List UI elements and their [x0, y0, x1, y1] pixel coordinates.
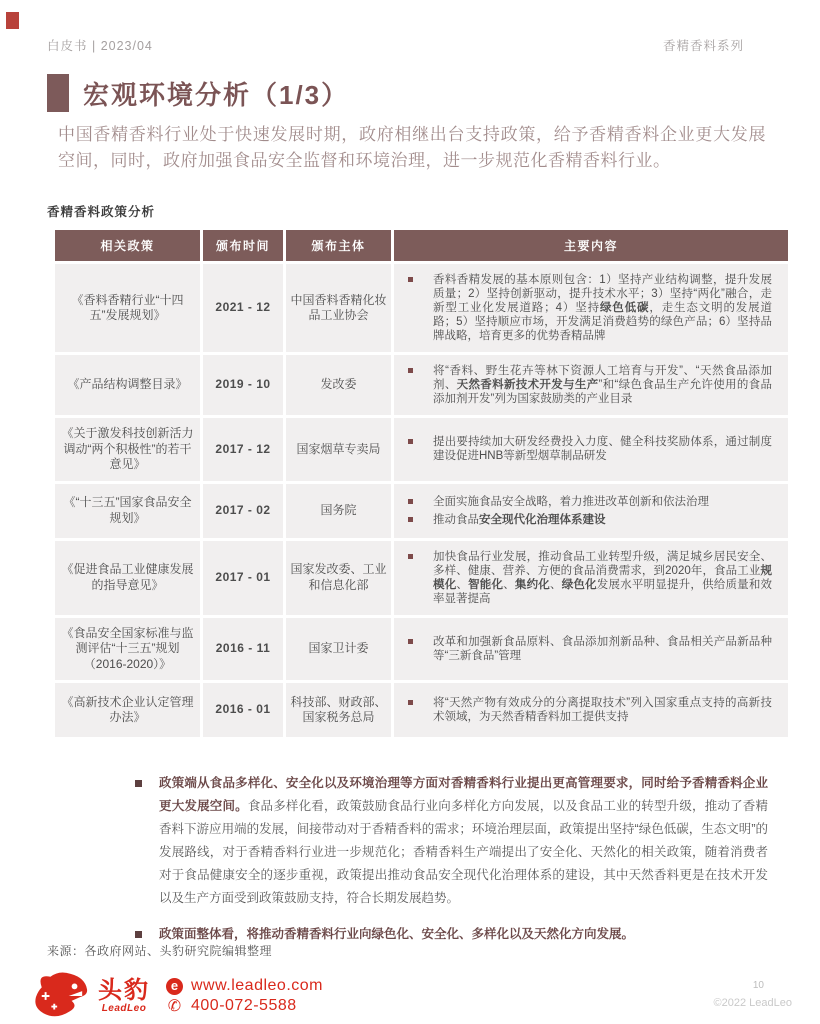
website-row: e www.leadleo.com	[166, 977, 323, 995]
brand-name-en: LeadLeo	[98, 1003, 150, 1014]
page-number: 10	[753, 980, 764, 991]
page-header: 白皮书 | 2023/04 香精香料系列	[47, 36, 744, 54]
table-row: 《“十三五”国家食品安全规划》2017 - 02国务院全面实施食品安全战略，着力…	[55, 484, 788, 538]
bullet-square-icon	[408, 517, 413, 522]
policy-table-header: 相关政策 颁布时间 颁布主体 主要内容	[55, 230, 788, 261]
issuer-cell: 国家烟草专卖局	[286, 418, 391, 481]
page-title: 宏观环境分析（1/3）	[83, 75, 349, 112]
bullet-square-icon	[408, 639, 413, 644]
time-cell: 2017 - 01	[203, 541, 283, 615]
table-row: 《促进食品工业健康发展的指导意见》2017 - 01国家发改委、工业和信息化部加…	[55, 541, 788, 615]
bullet-text: 全面实施食品安全战略，着力推进改革创新和依法治理	[433, 495, 709, 509]
content-bullet: 改革和加强新食品原料、食品添加剂新品种、食品相关产品新品种等“三新食品”管理	[406, 635, 772, 663]
time-cell: 2016 - 01	[203, 683, 283, 737]
summary-bullets: 政策端从食品多样化、安全化以及环境治理等方面对香精香料行业提出更高管理要求，同时…	[135, 772, 768, 959]
emphasis-text: 集约化	[515, 579, 550, 591]
body-text: 、	[456, 579, 468, 591]
content-bullet: 提出要持续加大研发经费投入力度、健全科技奖励体系，通过制度建设促进HNB等新型烟…	[406, 435, 772, 463]
issuer-cell: 中国香料香精化妆品工业协会	[286, 264, 391, 352]
policy-cell: 《“十三五”国家食品安全规划》	[55, 484, 200, 538]
table-row: 《产品结构调整目录》2019 - 10发改委将“香料、野生花卉等林下资源人工培育…	[55, 355, 788, 415]
emphasis-text: 绿色化	[562, 579, 597, 591]
policy-cell: 《高新技术企业认定管理办法》	[55, 683, 200, 737]
policy-cell: 《促进食品工业健康发展的指导意见》	[55, 541, 200, 615]
table-row: 《食品安全国家标准与监测评估“十三五”规划（2016-2020）》2016 - …	[55, 618, 788, 681]
emphasis-text: 政策面整体看，将推动香精香料行业向绿色化、安全化、多样化以及天然化方向发展。	[159, 927, 634, 941]
content-bullet: 将“香料、野生花卉等林下资源人工培育与开发”、“天然食品添加剂、天然香料新技术开…	[406, 364, 772, 406]
header-cell-policy: 相关政策	[55, 230, 200, 261]
body-text: 改革和加强新食品原料、食品添加剂新品种、食品相关产品新品种等“三新食品”管理	[433, 636, 772, 662]
summary-bullet: 政策端从食品多样化、安全化以及环境治理等方面对香精香料行业提出更高管理要求，同时…	[135, 772, 768, 910]
content-bullet: 香料香精发展的基本原则包含：1）坚持产业结构调整，提升发展质量；2）坚持创新驱动…	[406, 273, 772, 343]
bullet-text: 将“天然产物有效成分的分离提取技术”列入国家重点支持的高新技术领域，为天然香精香…	[433, 696, 772, 724]
policy-cell: 《产品结构调整目录》	[55, 355, 200, 415]
brand-name-cn: 头豹	[98, 979, 150, 1003]
leadleo-leopard-logo-icon	[32, 970, 90, 1022]
bullet-square-icon	[408, 700, 413, 705]
issuer-cell: 科技部、财政部、国家税务总局	[286, 683, 391, 737]
phone-number: 400-072-5588	[191, 997, 297, 1015]
policy-cell: 《关于激发科技创新活力调动“两个积极性”的若干意见》	[55, 418, 200, 481]
phone-icon: ✆	[166, 998, 183, 1015]
bullet-text: 加快食品行业发展，推动食品工业转型升级，满足城乡居民安全、多样、健康、营养、方便…	[433, 550, 772, 606]
body-text: 食品多样化看，政策鼓励食品行业向多样化方向发展，以及食品工业的转型升级，推动了香…	[159, 799, 768, 905]
header-right-label: 香精香料系列	[663, 36, 744, 54]
emphasis-text: 绿色低碳	[600, 302, 649, 314]
website-link[interactable]: www.leadleo.com	[191, 977, 323, 995]
bullet-text: 将“香料、野生花卉等林下资源人工培育与开发”、“天然食品添加剂、天然香料新技术开…	[433, 364, 772, 406]
body-text: 、	[550, 579, 562, 591]
table-row: 《高新技术企业认定管理办法》2016 - 01科技部、财政部、国家税务总局将“天…	[55, 683, 788, 737]
e-globe-icon: e	[166, 978, 183, 995]
issuer-cell: 发改委	[286, 355, 391, 415]
table-section-label: 香精香料政策分析	[47, 202, 155, 220]
content-cell: 全面实施食品安全战略，着力推进改革创新和依法治理推动食品安全现代化治理体系建设	[394, 484, 788, 538]
body-text: 加快食品行业发展，推动食品工业转型升级，满足城乡居民安全、多样、健康、营养、方便…	[433, 551, 772, 577]
issuer-cell: 国家发改委、工业和信息化部	[286, 541, 391, 615]
intro-paragraph: 中国香精香料行业处于快速发展时期，政府相继出台支持政策，给予香精香料企业更大发展…	[58, 122, 766, 174]
issuer-cell: 国务院	[286, 484, 391, 538]
bullet-text: 提出要持续加大研发经费投入力度、健全科技奖励体系，通过制度建设促进HNB等新型烟…	[433, 435, 772, 463]
time-cell: 2017 - 12	[203, 418, 283, 481]
content-cell: 将“香料、野生花卉等林下资源人工培育与开发”、“天然食品添加剂、天然香料新技术开…	[394, 355, 788, 415]
brand-text: 头豹 LeadLeo	[98, 979, 150, 1014]
bullet-square-icon	[135, 931, 142, 938]
bullet-square-icon	[408, 499, 413, 504]
content-cell: 加快食品行业发展，推动食品工业转型升级，满足城乡居民安全、多样、健康、营养、方便…	[394, 541, 788, 615]
copyright-label: ©2022 LeadLeo	[714, 997, 792, 1009]
content-bullet: 推动食品安全现代化治理体系建设	[406, 513, 772, 527]
footer-brand-area: 头豹 LeadLeo e www.leadleo.com ✆ 400-072-5…	[32, 970, 323, 1022]
body-text: 提出要持续加大研发经费投入力度、健全科技奖励体系，通过制度建设促进HNB等新型烟…	[433, 436, 772, 462]
content-bullet: 将“天然产物有效成分的分离提取技术”列入国家重点支持的高新技术领域，为天然香精香…	[406, 696, 772, 724]
bullet-text: 推动食品安全现代化治理体系建设	[433, 513, 606, 527]
table-row: 《关于激发科技创新活力调动“两个积极性”的若干意见》2017 - 12国家烟草专…	[55, 418, 788, 481]
bullet-text: 香料香精发展的基本原则包含：1）坚持产业结构调整，提升发展质量；2）坚持创新驱动…	[433, 273, 772, 343]
issuer-cell: 国家卫计委	[286, 618, 391, 681]
body-text: 全面实施食品安全战略，着力推进改革创新和依法治理	[433, 496, 709, 508]
bullet-square-icon	[408, 277, 413, 282]
header-cell-content: 主要内容	[394, 230, 788, 261]
bullet-text: 改革和加强新食品原料、食品添加剂新品种、食品相关产品新品种等“三新食品”管理	[433, 635, 772, 663]
body-text: 将“天然产物有效成分的分离提取技术”列入国家重点支持的高新技术领域，为天然香精香…	[433, 697, 772, 723]
title-block: 宏观环境分析（1/3）	[47, 74, 349, 112]
policy-table: 相关政策 颁布时间 颁布主体 主要内容 《香料香精行业“十四五”发展规划》202…	[55, 230, 788, 740]
policy-cell: 《食品安全国家标准与监测评估“十三五”规划（2016-2020）》	[55, 618, 200, 681]
time-cell: 2021 - 12	[203, 264, 283, 352]
phone-row: ✆ 400-072-5588	[166, 997, 323, 1015]
summary-bullet-text: 政策端从食品多样化、安全化以及环境治理等方面对香精香料行业提出更高管理要求，同时…	[159, 772, 768, 910]
contact-block: e www.leadleo.com ✆ 400-072-5588	[166, 975, 323, 1017]
whitepaper-page: 白皮书 | 2023/04 香精香料系列 宏观环境分析（1/3） 中国香精香料行…	[0, 0, 820, 1024]
corner-badge	[6, 12, 19, 29]
body-text: 、	[503, 579, 515, 591]
policy-table-body: 《香料香精行业“十四五”发展规划》2021 - 12中国香料香精化妆品工业协会香…	[55, 264, 788, 737]
source-note: 来源：各政府网站、头豹研究院编辑整理	[47, 942, 272, 959]
table-row: 《香料香精行业“十四五”发展规划》2021 - 12中国香料香精化妆品工业协会香…	[55, 264, 788, 352]
content-cell: 将“天然产物有效成分的分离提取技术”列入国家重点支持的高新技术领域，为天然香精香…	[394, 683, 788, 737]
header-left-label: 白皮书 | 2023/04	[47, 36, 153, 54]
emphasis-text: 智能化	[468, 579, 503, 591]
header-cell-issuer: 颁布主体	[286, 230, 391, 261]
content-cell: 改革和加强新食品原料、食品添加剂新品种、食品相关产品新品种等“三新食品”管理	[394, 618, 788, 681]
header-cell-time: 颁布时间	[203, 230, 283, 261]
content-bullet: 加快食品行业发展，推动食品工业转型升级，满足城乡居民安全、多样、健康、营养、方便…	[406, 550, 772, 606]
content-bullet: 全面实施食品安全战略，着力推进改革创新和依法治理	[406, 495, 772, 509]
bullet-square-icon	[408, 554, 413, 559]
body-text: 推动食品	[433, 514, 479, 526]
time-cell: 2019 - 10	[203, 355, 283, 415]
time-cell: 2016 - 11	[203, 618, 283, 681]
bullet-square-icon	[408, 368, 413, 373]
bullet-square-icon	[135, 780, 142, 787]
time-cell: 2017 - 02	[203, 484, 283, 538]
title-square-marker	[47, 74, 69, 112]
emphasis-text: 天然香料新技术开发与生产	[457, 379, 599, 391]
content-cell: 香料香精发展的基本原则包含：1）坚持产业结构调整，提升发展质量；2）坚持创新驱动…	[394, 264, 788, 352]
bullet-square-icon	[408, 439, 413, 444]
emphasis-text: 安全现代化治理体系建设	[479, 514, 606, 526]
content-cell: 提出要持续加大研发经费投入力度、健全科技奖励体系，通过制度建设促进HNB等新型烟…	[394, 418, 788, 481]
policy-cell: 《香料香精行业“十四五”发展规划》	[55, 264, 200, 352]
